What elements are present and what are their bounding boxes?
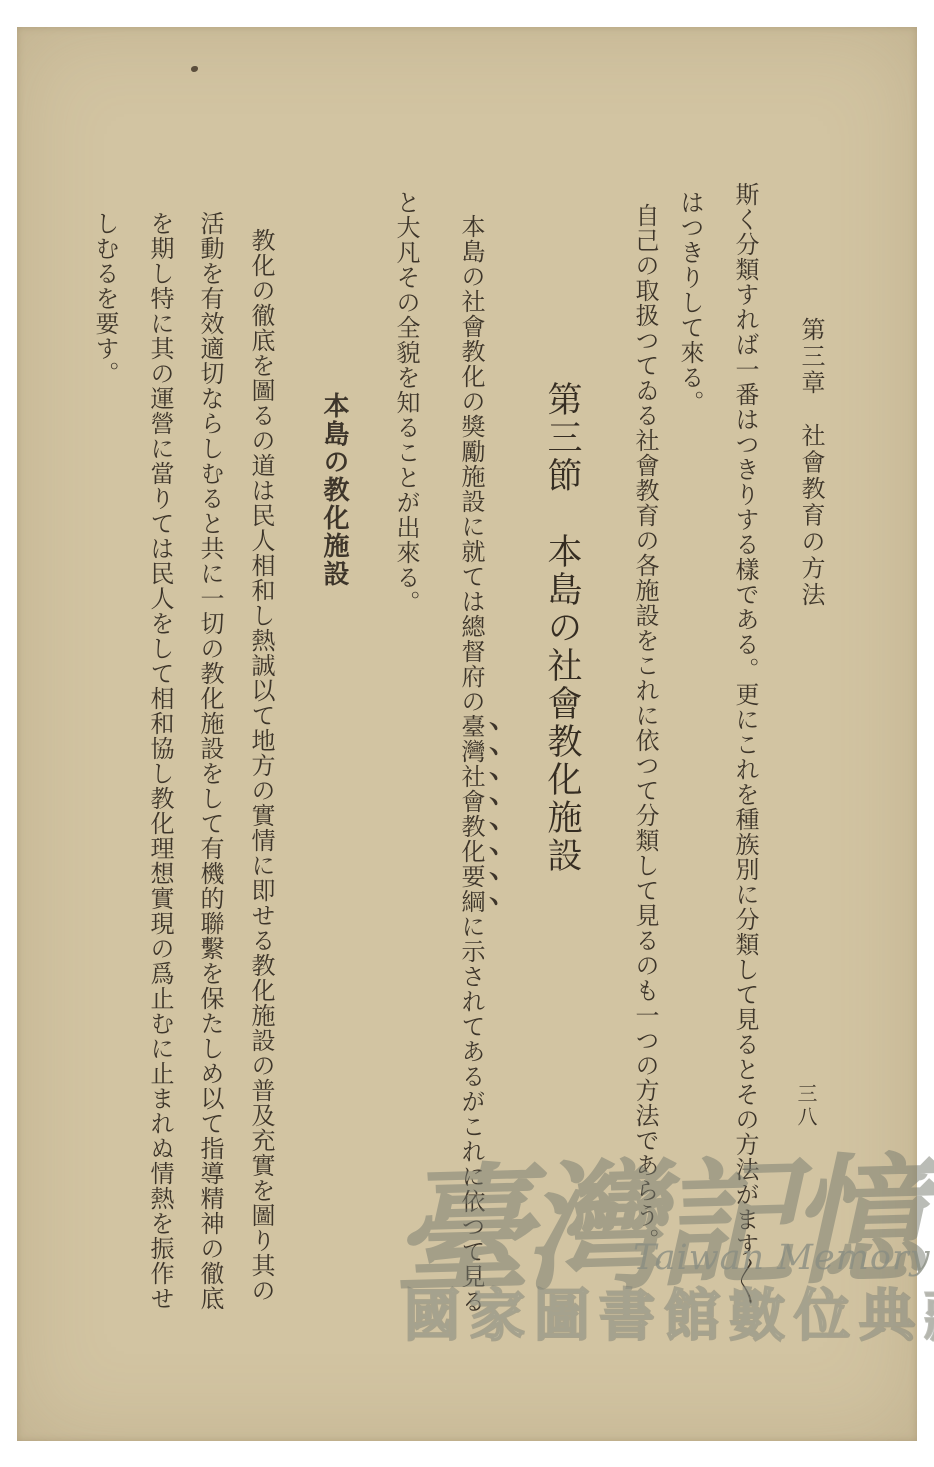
chapter-running-head: 第三章 社會教育の方法 [799, 317, 823, 609]
text-column-7: 活動を有效適切ならしむると共に一切の教化施設をして有機的聯繫を保たしめ以て指導精… [198, 211, 222, 1311]
text-column-2: はつきりして來る。 [678, 190, 702, 415]
ink-speck [191, 66, 198, 72]
text-column-6: 教化の徹底を圖るの道は民人相和し熱誠以て地方の實情に即せる教化施設の普及充實を圖… [249, 228, 273, 1303]
subsection-heading: 本島の教化施設 [321, 392, 347, 588]
scanned-book-page: 第三章 社會教育の方法 三八 斯く分類すれば一番はつきりする樣である。更にこれを… [0, 0, 934, 1467]
text-column-9: しむるを要す。 [93, 211, 117, 386]
text-column-8: を期し特に其の運營に當りては民人をして相和協し教化理想實現の爲止むに止まれぬ情熱… [148, 211, 172, 1311]
emphasized-text-segment: 臺灣社會教化要綱 [457, 714, 485, 914]
text-column-5: と大凡その全貌を知ることが出來る。 [394, 190, 418, 615]
text-segment: 本島の社會教化の獎勵施設に就ては總督府の [457, 214, 485, 714]
section-heading: 第三節 本島の社會教化施設 [544, 381, 579, 875]
text-column-3: 自己の取扱つてゐる社會教育の各施設をこれに依つて分類して見るのも一つの方法であら… [633, 203, 657, 1253]
watermark-institution: 國家圖書館數位典藏 [404, 1272, 934, 1352]
